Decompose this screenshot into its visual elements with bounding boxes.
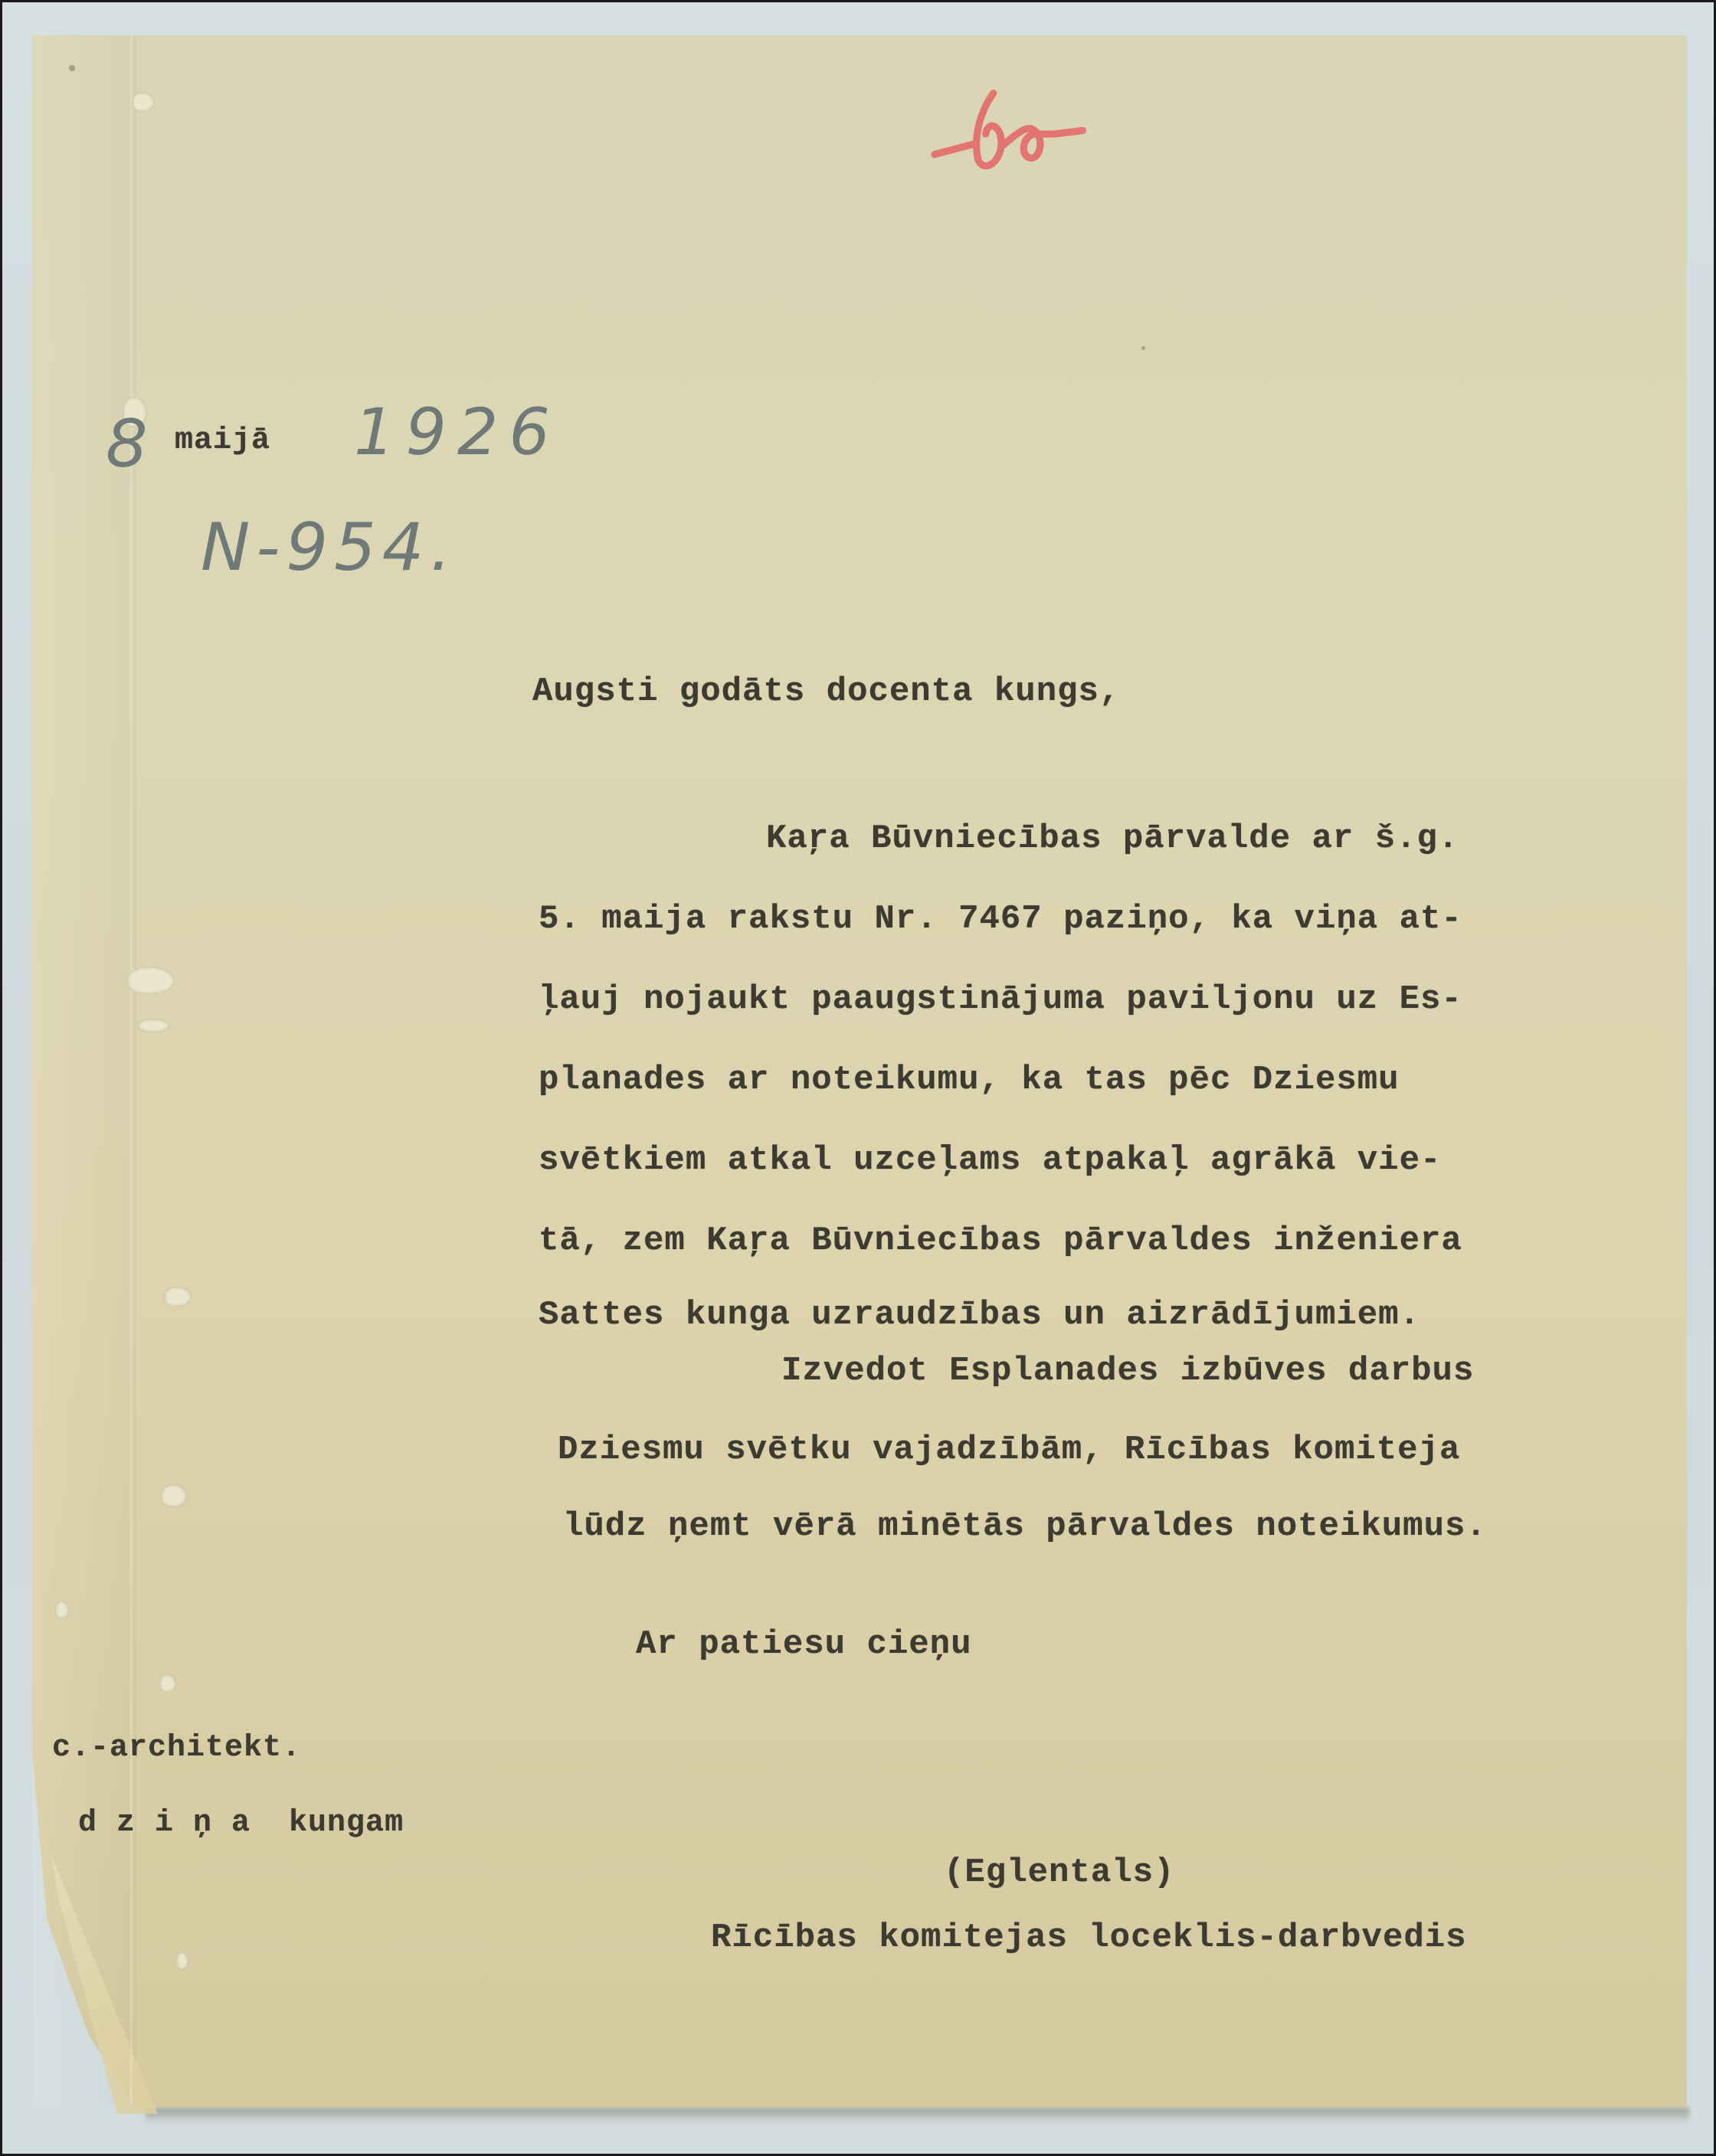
body-line: Dziesmu svētku vajadzībām, Rīcības komit… bbox=[558, 1431, 1460, 1469]
body-line: Sattes kunga uzraudzības un aizrādījumie… bbox=[539, 1296, 1420, 1334]
punch-hole bbox=[138, 1019, 170, 1032]
signature-title: Rīcības komitejas loceklis-darbvedis bbox=[711, 1919, 1467, 1957]
paper-shadow bbox=[146, 2108, 1689, 2123]
body-line: ļauj nojaukt paaugstinājuma paviljonu uz… bbox=[539, 980, 1462, 1019]
ink-speck bbox=[1141, 346, 1145, 350]
folio-number-handwriting-icon bbox=[896, 57, 1126, 195]
folio-number: 60 bbox=[896, 57, 1126, 195]
addressee-title: c.-architekt. bbox=[52, 1731, 301, 1765]
body-line: Kaŗa Būvniecības pārvalde ar š.g. bbox=[766, 820, 1459, 858]
date-year: 1926 bbox=[354, 394, 561, 469]
body-line: svētkiem atkal uzceļams atpakaļ agrākā v… bbox=[539, 1141, 1441, 1179]
punch-hole bbox=[176, 1952, 188, 1970]
punch-hole bbox=[159, 1674, 176, 1693]
salutation: Augsti godāts docenta kungs, bbox=[532, 672, 1120, 711]
paper-crease bbox=[130, 35, 133, 2103]
punch-hole bbox=[127, 967, 175, 994]
addressee-name: d z i ņ a kungam bbox=[78, 1806, 404, 1840]
punch-hole bbox=[164, 1287, 192, 1307]
closing-phrase: Ar patiesu cieņu bbox=[636, 1625, 971, 1664]
ink-speck bbox=[69, 65, 75, 71]
date-day: 8 bbox=[106, 406, 148, 483]
punch-hole bbox=[161, 1484, 187, 1507]
reference-number: N-954. bbox=[201, 509, 457, 586]
body-line: planades ar noteikumu, ka tas pēc Dziesm… bbox=[539, 1061, 1400, 1099]
punch-hole bbox=[55, 1601, 69, 1619]
body-line: tā, zem Kaŗa Būvniecības pārvaldes inžen… bbox=[539, 1222, 1462, 1260]
date-month: maijā bbox=[175, 424, 270, 458]
binding-strip bbox=[32, 35, 136, 2107]
punch-hole bbox=[132, 92, 155, 112]
body-line: Izvedot Esplanades izbūves darbus bbox=[781, 1352, 1474, 1390]
body-line: lūdz ņemt vērā minētās pārvaldes noteiku… bbox=[563, 1507, 1487, 1546]
signature-name: (Eglentals) bbox=[944, 1853, 1174, 1892]
body-line: 5. maija rakstu Nr. 7467 paziņo, ka viņa… bbox=[539, 900, 1462, 938]
